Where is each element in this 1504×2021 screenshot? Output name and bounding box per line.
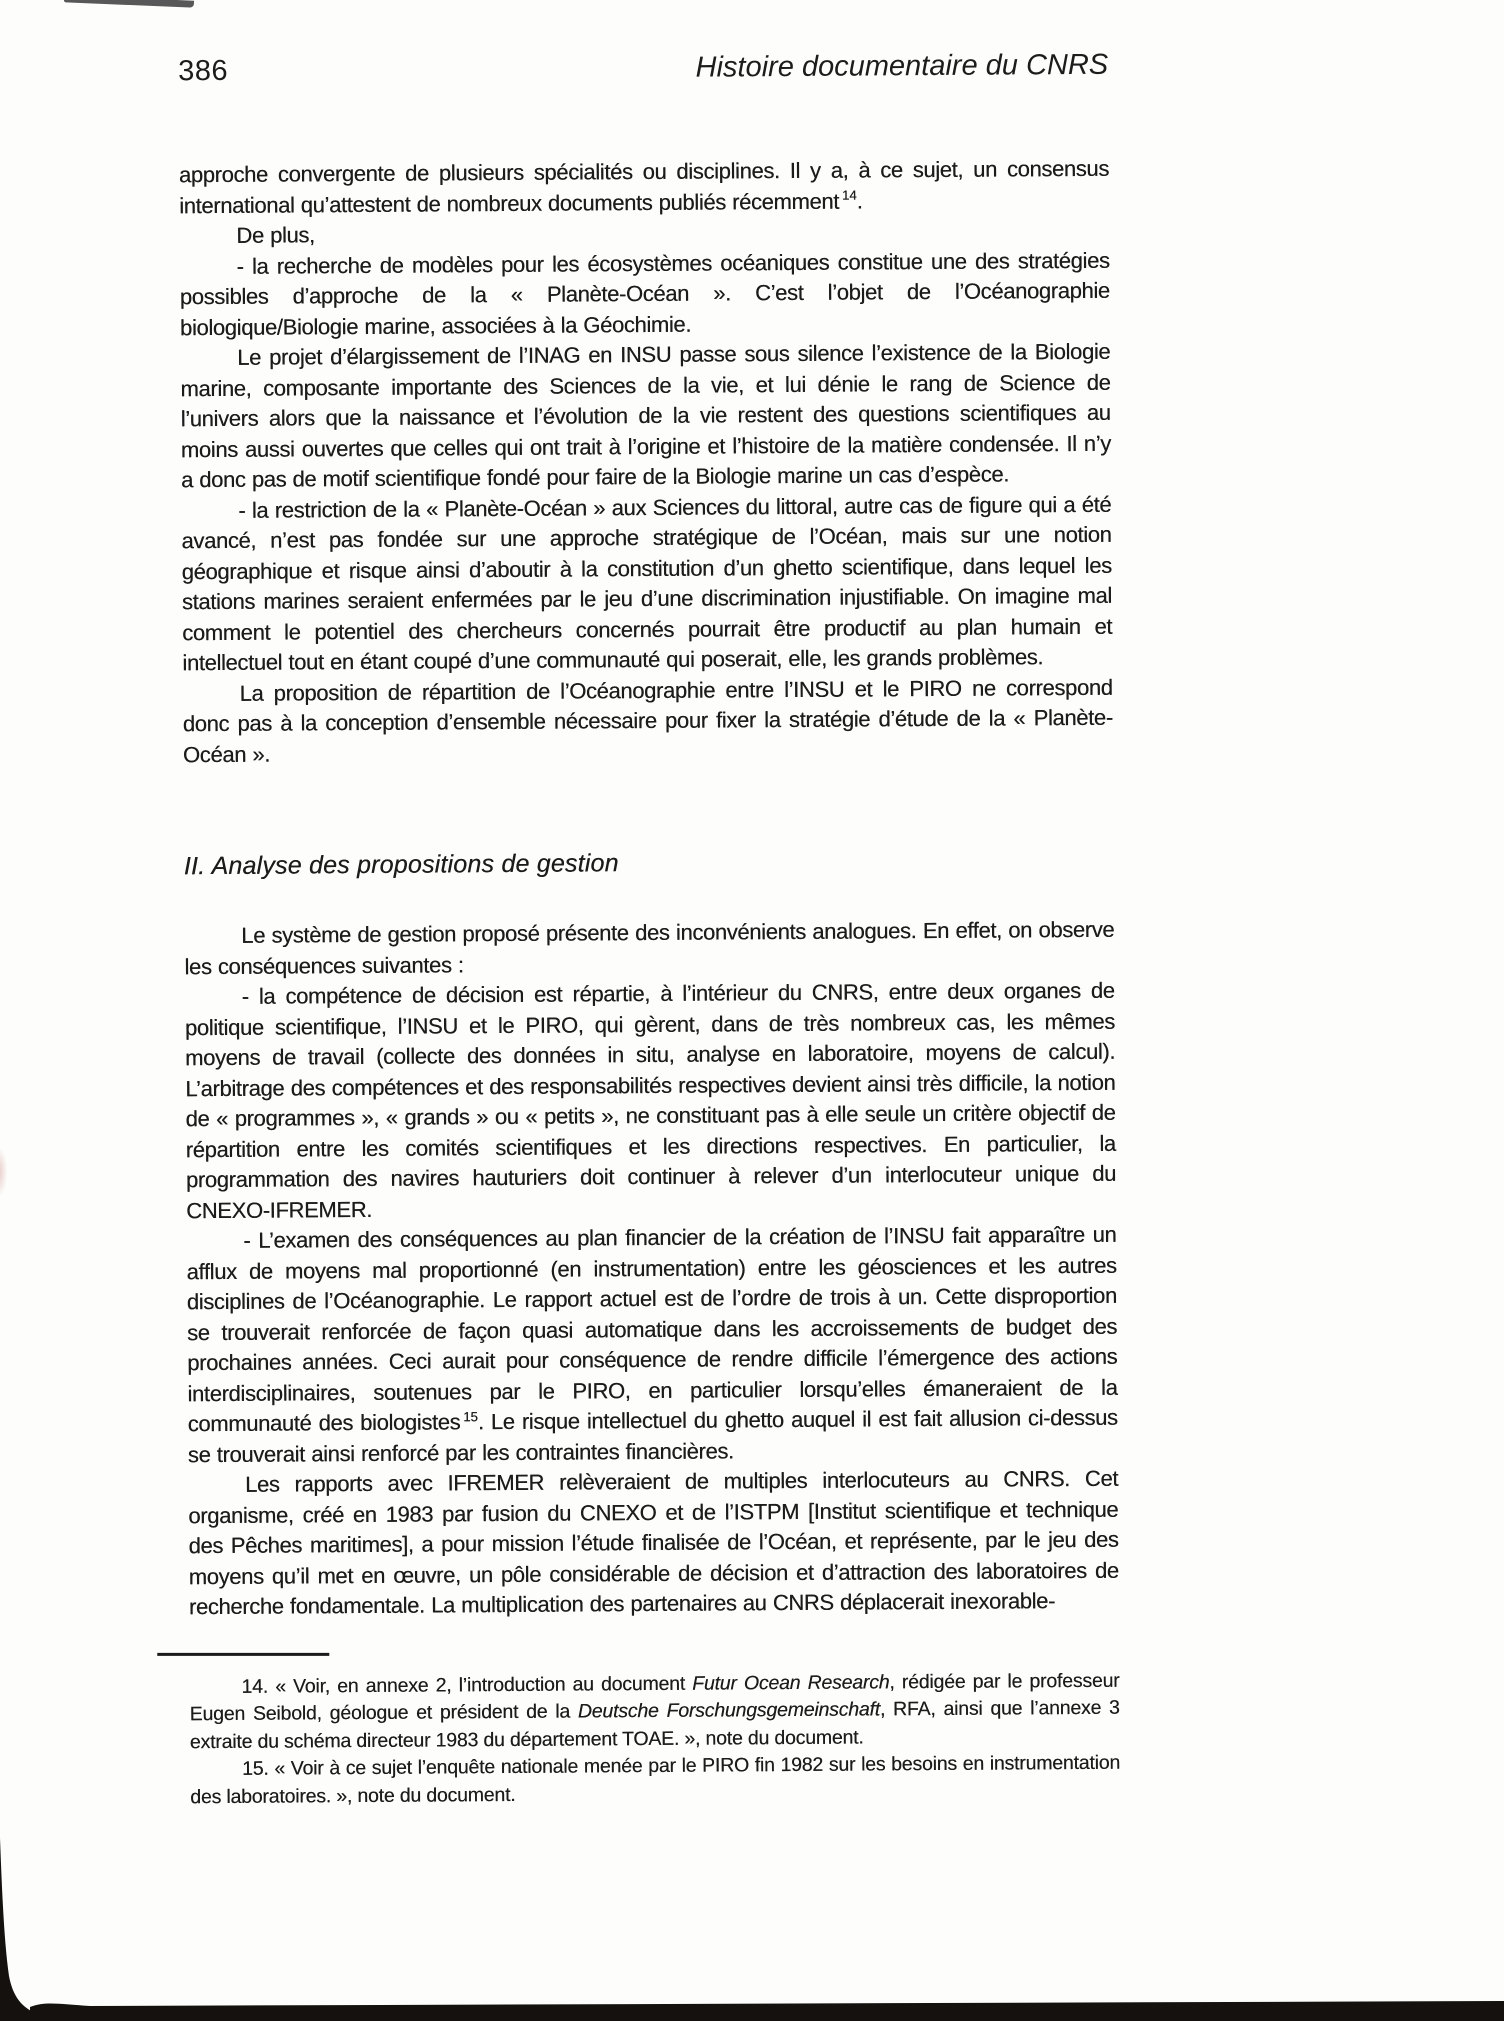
footnote-text: « Voir, en annexe 2, l’introduction au d…	[268, 1672, 692, 1697]
scan-artifact-top-edge	[64, 0, 194, 8]
section-heading-analyse-gestion: II. Analyse des propositions de gestion	[184, 846, 1114, 881]
body-text: approche convergente de plusieurs spécia…	[179, 154, 1119, 1623]
paragraph-systeme-gestion: Le système de gestion proposé présente d…	[184, 915, 1114, 982]
scan-artifact-bottom-edge	[0, 1811, 1504, 2021]
footnote-text: « Voir à ce sujet l’enquête nationale me…	[190, 1752, 1120, 1808]
paragraph-text: - L’examen des conséquences au plan fina…	[187, 1222, 1118, 1436]
footnote-14: 14. « Voir, en annexe 2, l’introduction …	[189, 1667, 1120, 1756]
scanned-page: 386 Histoire documentaire du CNRS approc…	[0, 0, 1504, 2021]
footnote-15: 15. « Voir à ce sujet l’enquête national…	[190, 1750, 1120, 1811]
footnote-italic-title: Deutsche Forschungsgemeinschaft	[578, 1698, 880, 1722]
paragraph-rapports-ifremer: Les rapports avec IFREMER relèveraient d…	[188, 1464, 1119, 1623]
bullet-restriction-littoral: - la restriction de la « Planète-Océan »…	[181, 489, 1112, 678]
bullet-recherche-modeles: - la recherche de modèles pour les écosy…	[179, 245, 1110, 343]
footnote-number: 14.	[241, 1675, 268, 1697]
footnote-number: 15.	[242, 1758, 269, 1780]
printed-block: 386 Histoire documentaire du CNRS approc…	[178, 49, 1120, 1811]
bullet-competence-decision: - la compétence de décision est répartie…	[185, 976, 1117, 1226]
running-head: 386 Histoire documentaire du CNRS	[178, 49, 1108, 88]
footnote-separator	[157, 1652, 329, 1655]
paragraph-proposition-repartition: La proposition de répartition de l’Océan…	[182, 672, 1113, 770]
bullet-examen-consequences: - L’examen des conséquences au plan fina…	[186, 1220, 1118, 1470]
paragraph-text: .	[857, 188, 863, 213]
running-title: Histoire documentaire du CNRS	[695, 49, 1108, 85]
paragraph-consensus: approche convergente de plusieurs spécia…	[179, 154, 1109, 221]
paragraph-text: approche convergente de plusieurs spécia…	[179, 156, 1109, 218]
scan-artifact-left-edge	[0, 1148, 7, 1196]
footnotes: 14. « Voir, en annexe 2, l’introduction …	[189, 1667, 1120, 1811]
footnote-ref-14: 14	[842, 188, 857, 203]
page-number: 386	[178, 55, 228, 88]
paragraph-projet-inag: Le projet d’élargissement de l’INAG en I…	[180, 337, 1111, 496]
footnote-italic-title: Futur Ocean Research	[692, 1671, 889, 1694]
footnote-ref-15: 15	[463, 1409, 478, 1424]
